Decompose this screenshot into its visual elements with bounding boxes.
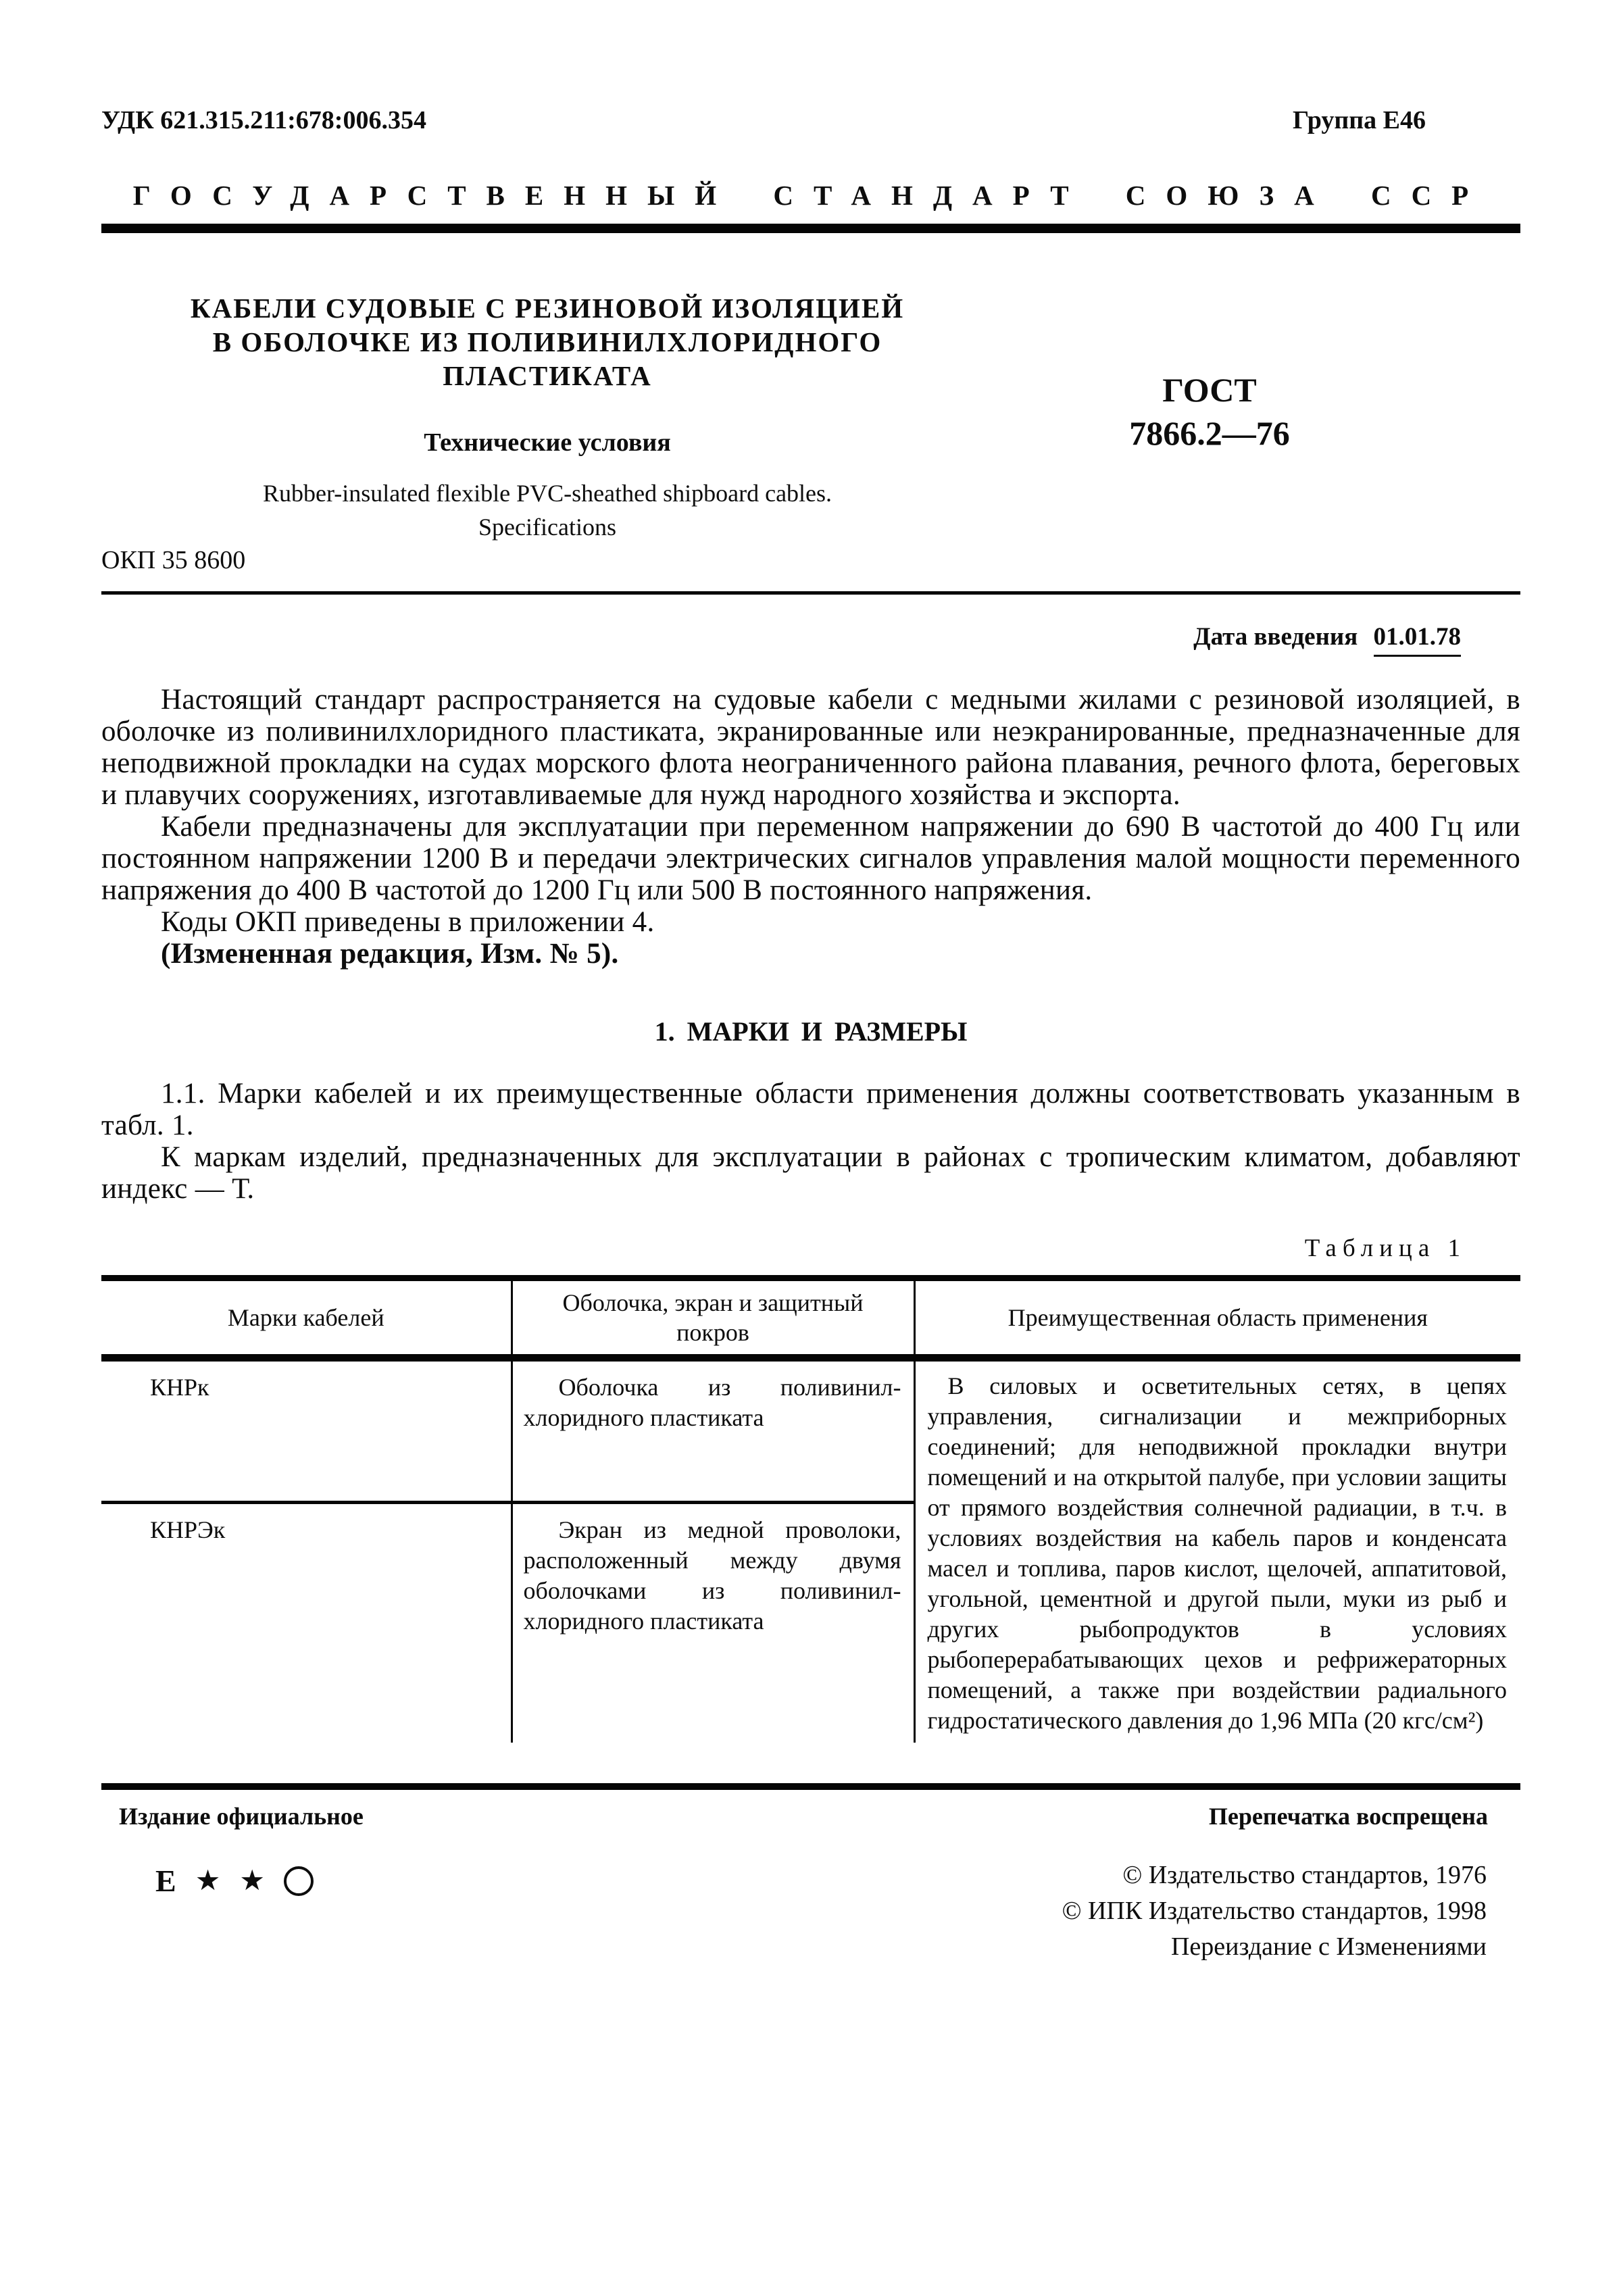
official-edition-label: Издание официальное: [119, 1801, 364, 1832]
top-identifier-row: УДК 621.315.211:678:006.354 Группа Е46: [101, 0, 1520, 136]
table-1-caption: Таблица 1: [101, 1233, 1520, 1264]
paragraph-scope: Настоящий стандарт распространяется на с…: [101, 684, 1520, 811]
table-header-row: Марки кабелей Оболочка, экран и защитный…: [101, 1278, 1520, 1358]
paragraph-amendment-note: (Измененная редакция, Изм. № 5).: [101, 938, 1520, 970]
table-row: КНРк Оболочка из поливинил-хлоридного пл…: [101, 1358, 1520, 1503]
cell-sheath-knrek: Экран из медной проволоки, расположенный…: [512, 1503, 914, 1743]
gost-label: ГОСТ: [1041, 368, 1378, 411]
introduction-date-value: 01.01.78: [1374, 622, 1462, 657]
document-title-line-2: В ОБОЛОЧКЕ ИЗ ПОЛИВИНИЛХЛОРИДНОГО: [101, 325, 993, 359]
top-divider-rule: [101, 224, 1520, 233]
column-header-application: Преимущественная область применения: [914, 1278, 1520, 1358]
document-title-english: Rubber-insulated flexible PVC-sheathed s…: [101, 476, 993, 544]
introduction-date-label: Дата введения: [1193, 623, 1358, 651]
document-subtitle: Технические условия: [101, 428, 993, 457]
cell-sheath-knrk: Оболочка из поливинил-хлоридного пластик…: [512, 1358, 914, 1503]
star-icon: ★: [239, 1866, 265, 1897]
cell-mark-knrk: КНРк: [101, 1358, 512, 1503]
header-divider-rule: [101, 591, 1520, 595]
udk-code: УДК 621.315.211:678:006.354: [101, 105, 426, 136]
document-page: УДК 621.315.211:678:006.354 Группа Е46 Г…: [0, 0, 1617, 2296]
state-standard-heading: ГОСУДАРСТВЕННЫЙ СТАНДАРТ СОЮЗА ССР: [101, 178, 1520, 213]
cell-mark-knrek: КНРЭк: [101, 1503, 512, 1743]
copyright-line-1998: © ИПК Издательство стандартов, 1998: [1062, 1893, 1487, 1929]
cable-marks-table: Марки кабелей Оболочка, экран и защитный…: [101, 1275, 1520, 1743]
section-1-text: 1.1. Марки кабелей и их преимущественные…: [101, 1078, 1520, 1205]
gost-designation: ГОСТ 7866.2—76: [1041, 368, 1378, 455]
paragraph-tropical-index: К маркам изделий, предназначенных для эк…: [101, 1141, 1520, 1205]
column-header-sheath: Оболочка, экран и защитный покров: [512, 1278, 914, 1358]
paragraph-1-1: 1.1. Марки кабелей и их преимущественные…: [101, 1078, 1520, 1141]
scope-section: Настоящий стандарт распространяется на с…: [101, 684, 1520, 970]
edition-letter: Е: [155, 1866, 176, 1897]
document-title-line-1: КАБЕЛИ СУДОВЫЕ С РЕЗИНОВОЙ ИЗОЛЯЦИЕЙ: [101, 291, 993, 325]
gost-number: 7866.2—76: [1041, 411, 1378, 455]
document-title-english-line-1: Rubber-insulated flexible PVC-sheathed s…: [101, 476, 993, 510]
edition-mark: Е ★ ★: [155, 1866, 314, 1897]
introduction-date-line: Дата введения 01.01.78: [101, 622, 1520, 657]
star-icon: ★: [195, 1866, 221, 1897]
title-column: КАБЕЛИ СУДОВЫЕ С РЕЗИНОВОЙ ИЗОЛЯЦИЕЙ В О…: [101, 233, 993, 544]
document-title-english-line-2: Specifications: [101, 510, 993, 544]
reprint-prohibited-label: Перепечатка воспрещена: [1209, 1801, 1488, 1832]
document-title-line-3: ПЛАСТИКАТА: [101, 359, 993, 393]
paragraph-purpose: Кабели предназначены для эксплуатации пр…: [101, 811, 1520, 906]
imprint-block: Е ★ ★ © Издательство стандартов, 1976 © …: [101, 1857, 1520, 1965]
footer-notice-row: Издание официальное Перепечатка воспреще…: [101, 1801, 1520, 1832]
column-header-sheath-text: Оболочка, экран и защитный покров: [537, 1288, 889, 1347]
cell-application-area: В силовых и осветительных сетях, в цепях…: [914, 1358, 1520, 1743]
copyright-block: © Издательство стандартов, 1976 © ИПК Из…: [1062, 1857, 1487, 1965]
circle-icon: [284, 1866, 314, 1896]
paragraph-okp-codes: Коды ОКП приведены в приложении 4.: [101, 906, 1520, 938]
section-1-heading: 1. МАРКИ И РАЗМЕРЫ: [101, 1016, 1520, 1048]
group-code: Группа Е46: [1293, 105, 1520, 136]
reissue-note: Переиздание с Изменениями: [1062, 1929, 1487, 1965]
okp-code: ОКП 35 8600: [101, 545, 245, 575]
footer-divider-rule: [101, 1783, 1520, 1790]
title-block: КАБЕЛИ СУДОВЫЕ С РЕЗИНОВОЙ ИЗОЛЯЦИЕЙ В О…: [101, 233, 1520, 591]
copyright-line-1976: © Издательство стандартов, 1976: [1062, 1857, 1487, 1893]
column-header-marks: Марки кабелей: [101, 1278, 512, 1358]
